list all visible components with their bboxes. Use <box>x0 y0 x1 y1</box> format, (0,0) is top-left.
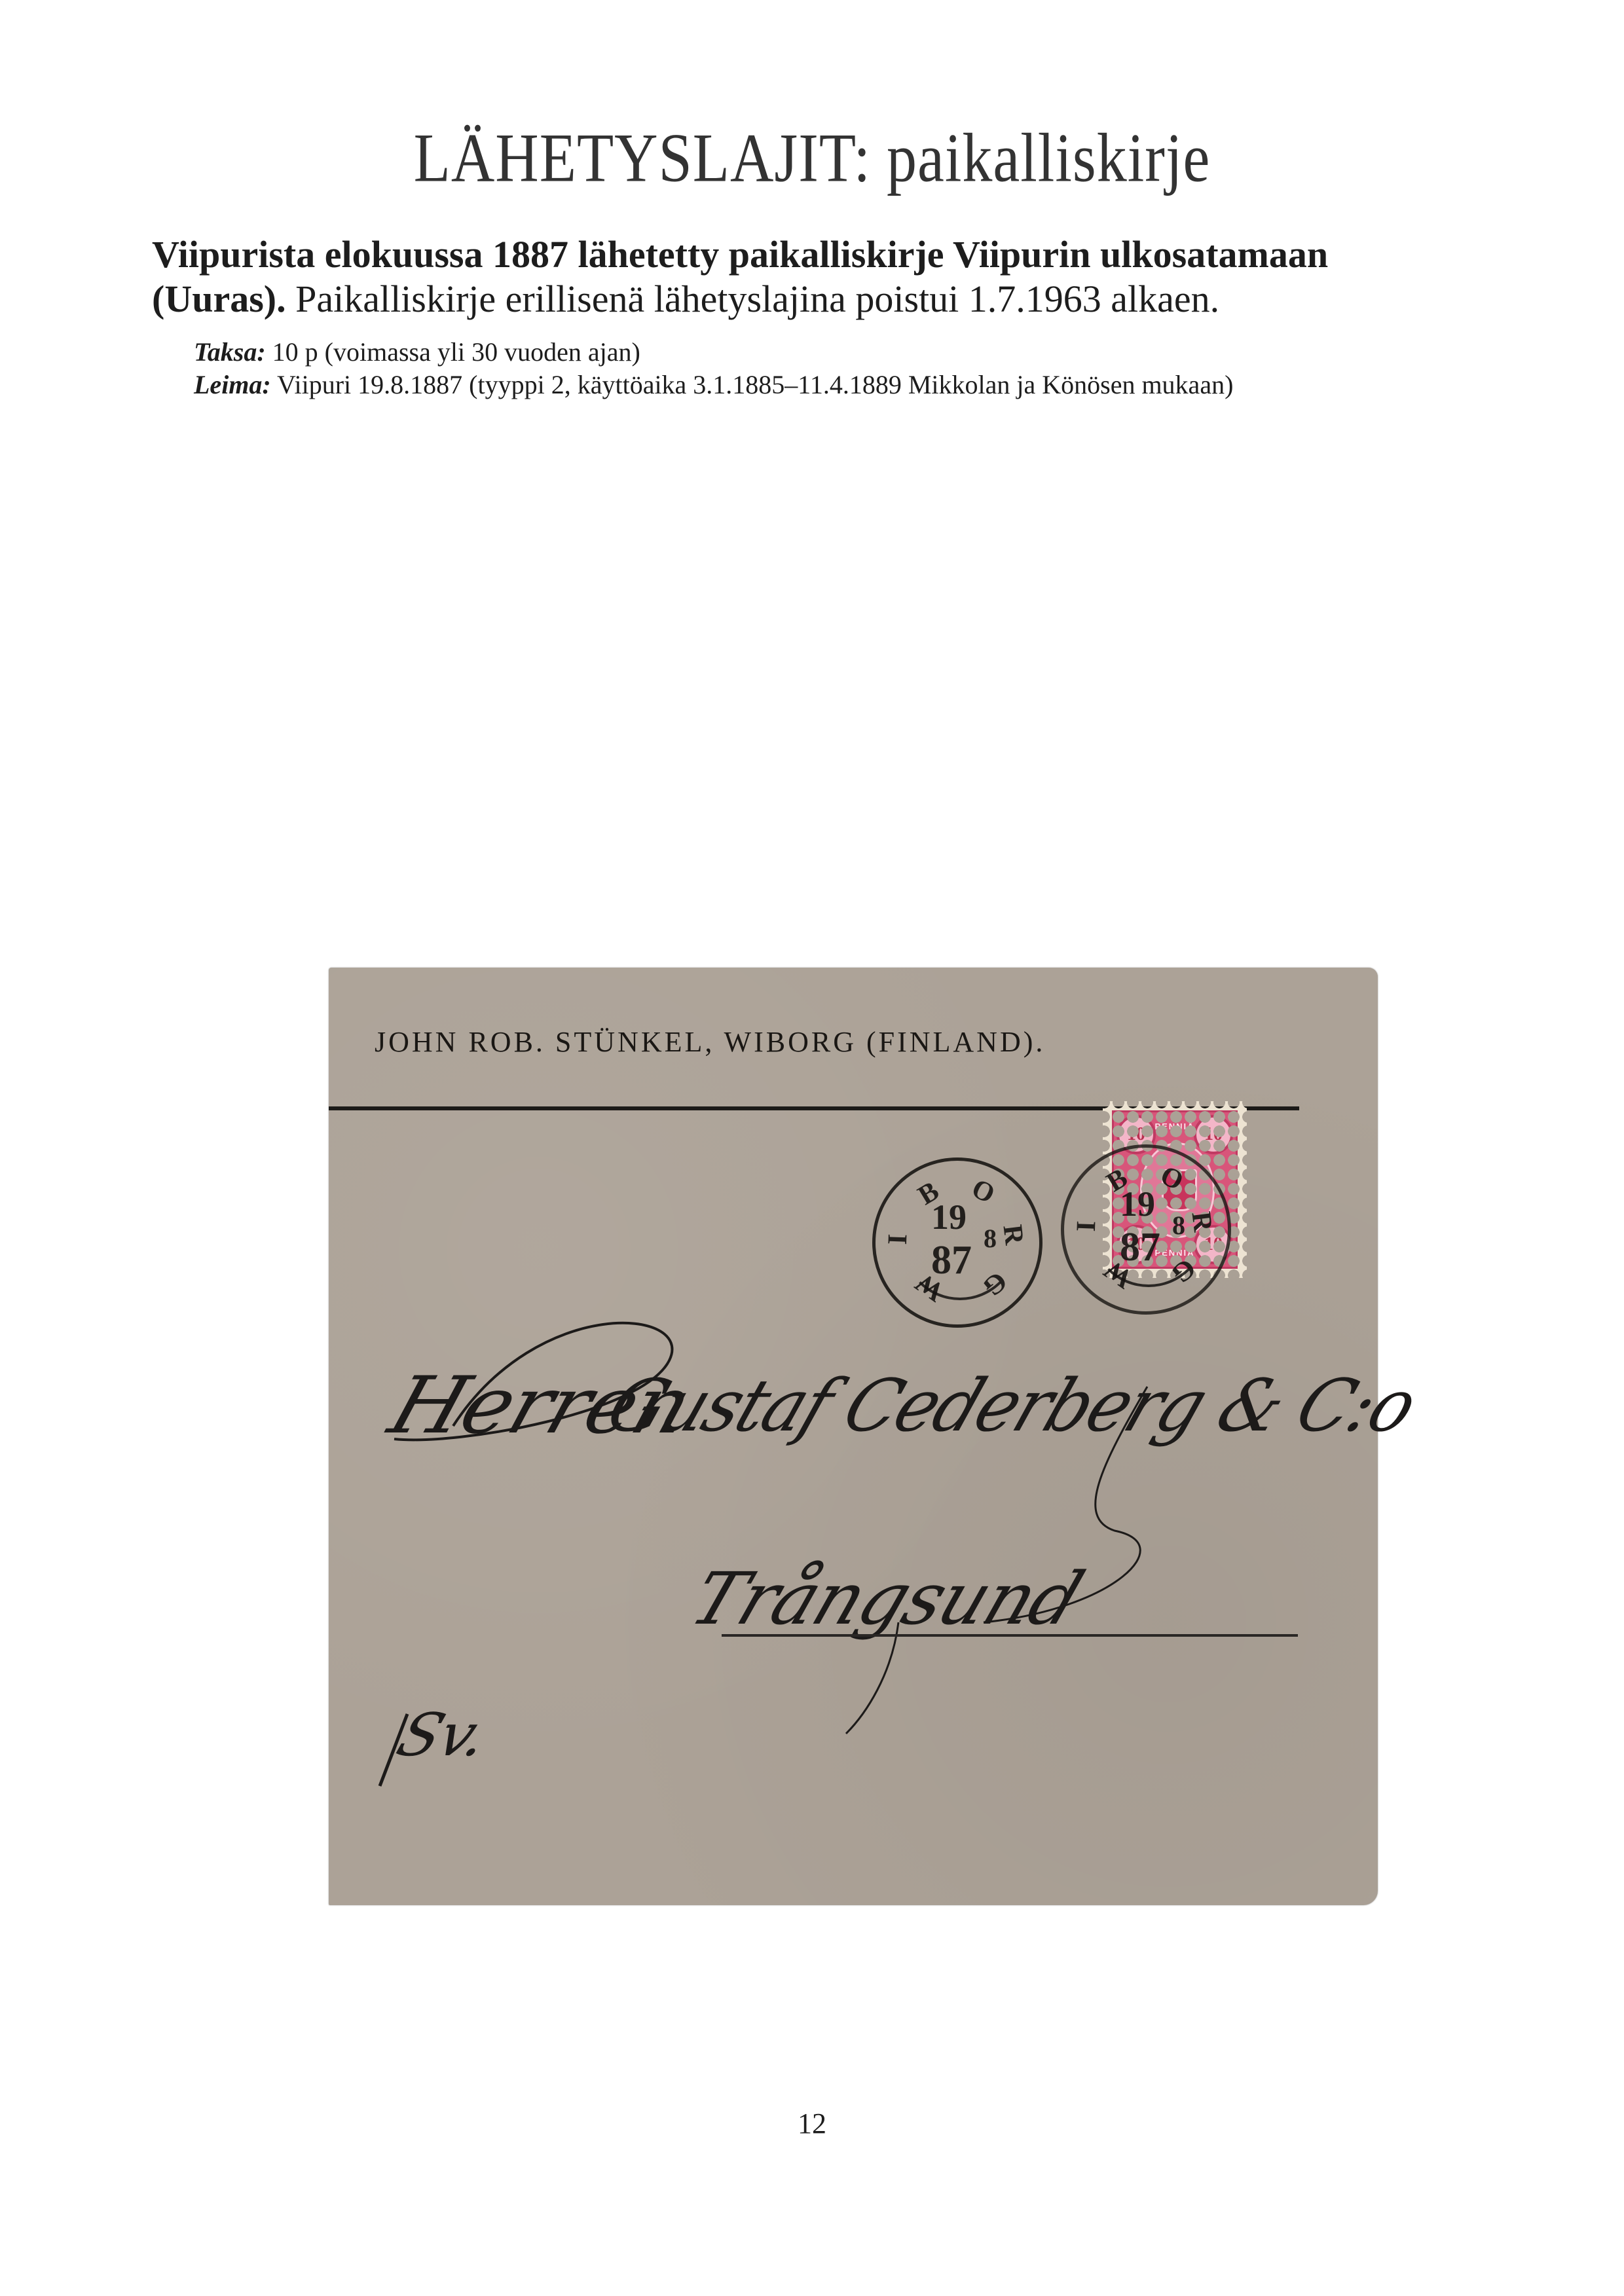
postmark-inner-arc <box>1090 1171 1207 1287</box>
detail-label: Taksa: <box>194 337 266 367</box>
lead-normal-text: Paikalliskirje erillisenä lähetyslajina … <box>295 278 1219 320</box>
detail-rate: Taksa: 10 p (voimassa yli 30 vuoden ajan… <box>194 337 640 367</box>
page-number: 12 <box>0 2107 1624 2140</box>
detail-value: Viipuri 19.8.1887 (tyyppi 2, käyttöaika … <box>277 370 1233 399</box>
detail-value: 10 p (voimassa yli 30 vuoden ajan) <box>272 337 640 367</box>
detail-postmark: Leima: Viipuri 19.8.1887 (tyyppi 2, käyt… <box>194 370 1233 400</box>
postmark: WIBORG19887 <box>872 1157 1043 1328</box>
address-underline <box>722 1634 1298 1637</box>
address-place: Trångsund <box>680 1557 1093 1641</box>
lead-paragraph: Viipurista elokuussa 1887 lähetetty paik… <box>152 232 1409 321</box>
sender-mark: Sv. <box>388 1701 499 1770</box>
postmark-inner-arc <box>902 1184 1018 1300</box>
address-recipient: Gustaf Cederberg & C:o <box>597 1364 1427 1448</box>
envelope-image: JOHN ROB. STÜNKEL, WIBORG (FINLAND). PEN… <box>329 968 1378 1905</box>
envelope-letterhead: JOHN ROB. STÜNKEL, WIBORG (FINLAND). <box>375 1025 1291 1059</box>
postmark: WIBORG19887 <box>1061 1144 1231 1315</box>
detail-label: Leima: <box>194 370 271 399</box>
page-title: LÄHETYSLAJIT: paikalliskirje <box>0 118 1624 198</box>
stamp-denomination: 10 <box>1194 1115 1233 1154</box>
